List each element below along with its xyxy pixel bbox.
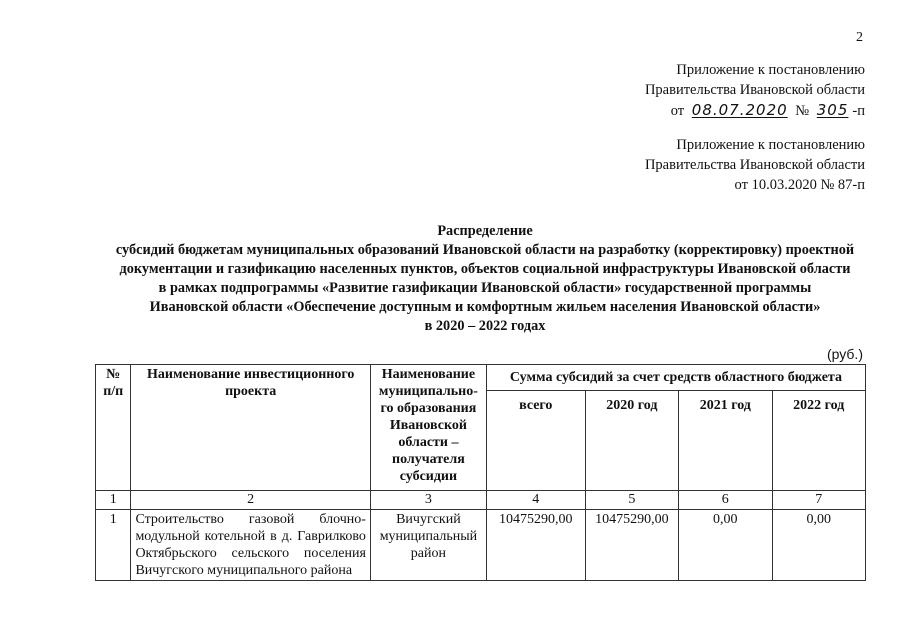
header-2021: 2021 год	[679, 391, 772, 491]
approval-current: Приложение к постановлению Правительства…	[645, 60, 865, 121]
title-line: в рамках подпрограммы «Развитие газифика…	[90, 279, 880, 298]
approval-number-handwritten: 305	[813, 100, 853, 120]
approval-previous: Приложение к постановлению Правительства…	[645, 135, 865, 195]
units-label: (руб.)	[827, 346, 863, 362]
header-no: № п/п	[96, 365, 131, 491]
title-heading: Распределение	[90, 222, 880, 241]
approval-number-sign: №	[795, 103, 809, 119]
cell-2020: 10475290,00	[585, 510, 678, 581]
header-row: № п/п Наименование инвестиционного проек…	[96, 365, 866, 391]
title-line: в 2020 – 2022 годах	[90, 317, 880, 336]
header-sum-group: Сумма субсидий за счет средств областног…	[486, 365, 865, 391]
title-line: субсидий бюджетам муниципальных образова…	[90, 241, 880, 260]
cell-total: 10475290,00	[486, 510, 585, 581]
table-row: 1 Строительство газовой блочно-модульной…	[96, 510, 866, 581]
cell-2021: 0,00	[679, 510, 772, 581]
approval-date-handwritten: 08.07.2020	[688, 100, 792, 120]
approval-line-1: Приложение к постановлению	[645, 60, 865, 80]
approval-prev-line-3: от 10.03.2020 № 87-п	[645, 175, 865, 195]
page-number: 2	[856, 30, 863, 46]
column-index-row: 1 2 3 4 5 6 7	[96, 491, 866, 510]
approval-date-line: от 08.07.2020 № 305-п	[645, 100, 865, 121]
header-2022: 2022 год	[772, 391, 865, 491]
approval-prev-line-2: Правительства Ивановской области	[645, 155, 865, 175]
header-total: всего	[486, 391, 585, 491]
column-index: 6	[679, 491, 772, 510]
approval-prefix: от	[671, 103, 684, 119]
header-municipality: Наименование муниципально-го образования…	[370, 365, 486, 491]
document-title: Распределение субсидий бюджетам муниципа…	[90, 222, 880, 336]
title-line: Ивановской области «Обеспечение доступны…	[90, 298, 880, 317]
column-index: 3	[370, 491, 486, 510]
cell-2022: 0,00	[772, 510, 865, 581]
header-project: Наименование инвестиционного проекта	[131, 365, 370, 491]
approval-suffix: -п	[852, 103, 865, 119]
cell-project: Строительство газовой блочно-модульной к…	[131, 510, 370, 581]
header-2020: 2020 год	[585, 391, 678, 491]
cell-municipality: Вичугский муниципальный район	[370, 510, 486, 581]
column-index: 1	[96, 491, 131, 510]
subsidy-table: № п/п Наименование инвестиционного проек…	[95, 364, 866, 581]
approval-line-2: Правительства Ивановской области	[645, 80, 865, 100]
approval-prev-line-1: Приложение к постановлению	[645, 135, 865, 155]
column-index: 4	[486, 491, 585, 510]
column-index: 5	[585, 491, 678, 510]
cell-no: 1	[96, 510, 131, 581]
column-index: 2	[131, 491, 370, 510]
column-index: 7	[772, 491, 865, 510]
title-line: документации и газификацию населенных пу…	[90, 260, 880, 279]
